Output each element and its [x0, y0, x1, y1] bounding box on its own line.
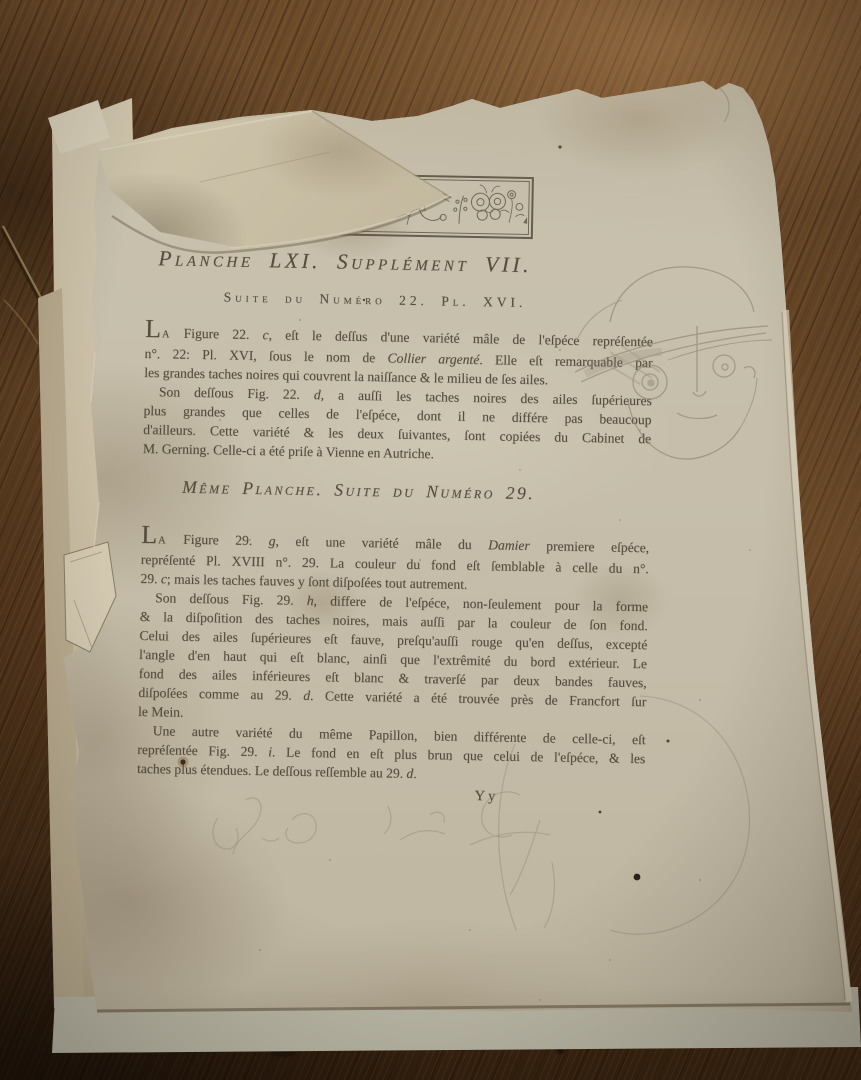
left-edge-tear: [64, 542, 116, 652]
page-edge-detail: [0, 0, 861, 1080]
photo-scene: { "colors": { "wood_dark": "#2c1b0c", "w…: [0, 0, 861, 1080]
